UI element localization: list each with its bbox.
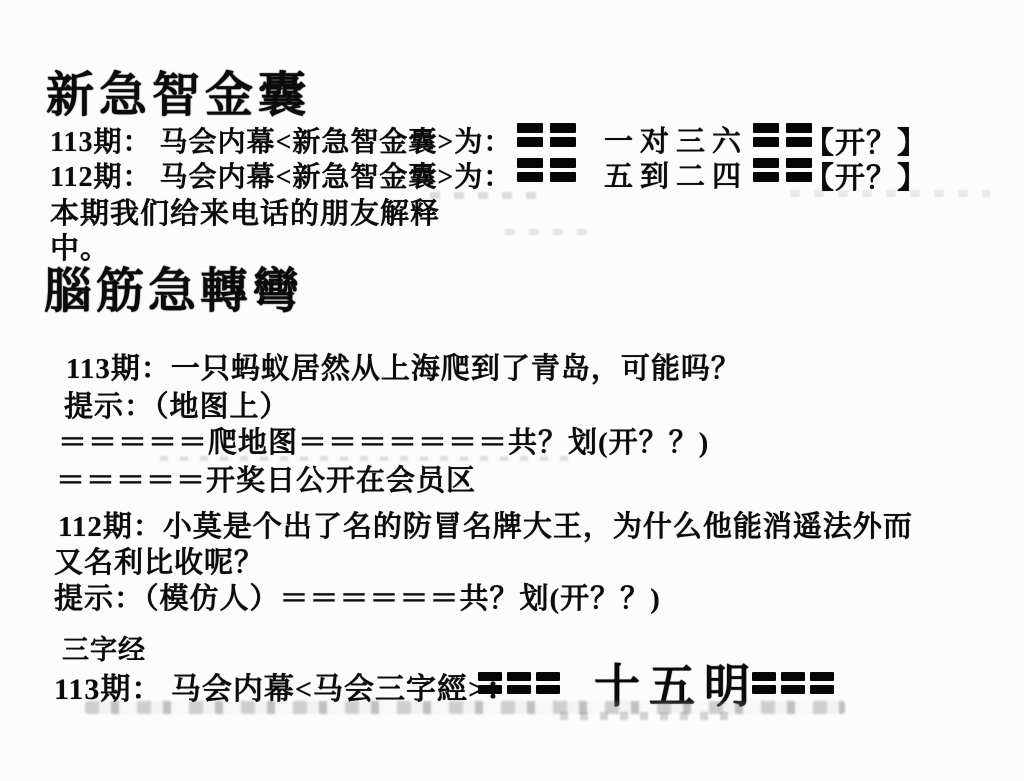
issue-112-label: 112期： 马会内幕<新急智金囊>为： bbox=[50, 155, 512, 195]
triple-broken-bars-icon bbox=[478, 672, 560, 694]
riddle-112-question-line1: 112期：小莫是个出了名的防冒名牌大王，为什么他能消遥法外而 bbox=[58, 504, 913, 545]
broken-bars-icon bbox=[517, 123, 576, 147]
riddle-113-question: 113期：一只蚂蚁居然从上海爬到了青岛，可能吗？ bbox=[66, 346, 741, 387]
section-title-jinnang: 新急智金囊 bbox=[46, 56, 311, 125]
riddle-112-question-line2: 又名利比收呢？ bbox=[54, 540, 264, 581]
broken-bars-icon bbox=[517, 158, 576, 182]
issue-112-result: 【开？】 bbox=[804, 153, 928, 197]
section-title-sanzijing: 三字经 bbox=[62, 628, 146, 667]
scanned-page: 新急智金囊 113期： 马会内幕<新急智金囊>为： 一对三六 【开？】 112期… bbox=[0, 0, 1024, 781]
issue-112-hint: 五到二四 bbox=[604, 154, 748, 195]
sanzijing-113-answer: 十五明 bbox=[594, 650, 759, 716]
scan-smudge bbox=[505, 229, 600, 235]
sanzijing-113-label: 113期： 马会内幕<马会三字經>： bbox=[54, 664, 517, 708]
triple-broken-bars-icon bbox=[752, 672, 834, 694]
member-area-notice: ＝＝＝＝＝开奖日公开在会员区 bbox=[56, 458, 476, 499]
section-title-riddle: 腦筋急轉彎 bbox=[44, 252, 304, 321]
riddle-113-answer-line: ＝＝＝＝＝爬地图＝＝＝＝＝＝＝共？划(开？？) bbox=[58, 420, 709, 461]
riddle-113-hint: 提示：（地图上） bbox=[64, 384, 290, 425]
issue-113-label: 113期： 马会内幕<新急智金囊>为： bbox=[50, 120, 512, 160]
riddle-112-hint: 提示：（模仿人）＝＝＝＝＝＝共？划(开？？) bbox=[54, 576, 661, 617]
